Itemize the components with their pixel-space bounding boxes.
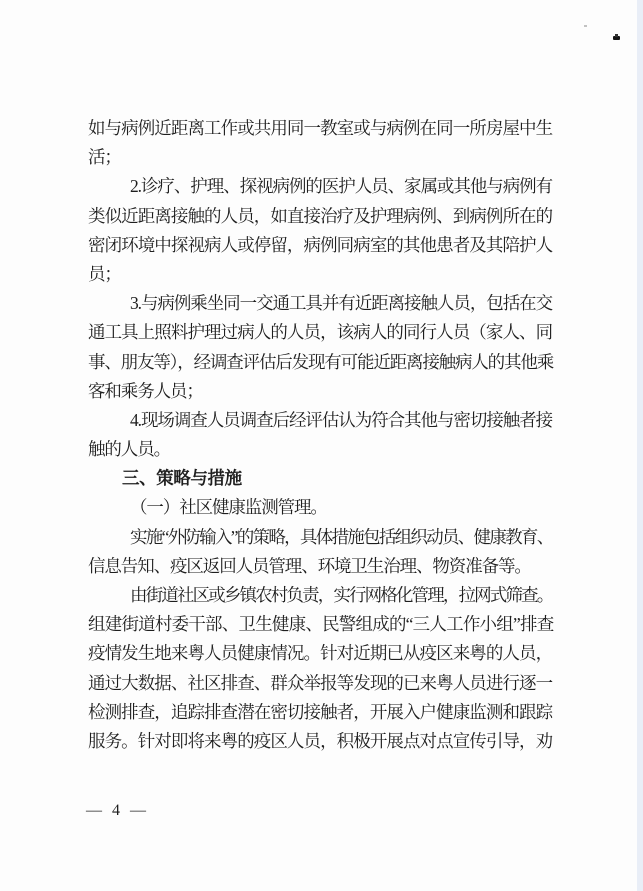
list-item-3: 3.与病例乘坐同一交通工具并有近距离接触人员，包括在交 bbox=[88, 289, 552, 318]
text-line: 事、朋友等），经调查评估后发现有可能近距离接触病人的其他乘 bbox=[88, 348, 552, 377]
text-line: 员； bbox=[88, 260, 552, 289]
text-line: 服务。针对即将来粤的疫区人员，积极开展点对点宣传引导，劝 bbox=[88, 727, 552, 756]
text-line: 由街道社区或乡镇农村负责，实行网格化管理，拉网式筛查。 bbox=[88, 581, 552, 610]
text-line: 如与病例近距离工作或共用同一教室或与病例在同一所房屋中生 bbox=[88, 114, 552, 143]
text-line: 实施“外防输入”的策略，具体措施包括组织动员、健康教育、 bbox=[88, 523, 552, 552]
scanned-document-page: 如与病例近距离工作或共用同一教室或与病例在同一所房屋中生 活； 2.诊疗、护理、… bbox=[0, 0, 643, 891]
text-line: 疫情发生地来粤人员健康情况。针对近期已从疫区来粤的人员， bbox=[88, 639, 552, 668]
text-line: 检测排查，追踪排查潜在密切接触者，开展入户健康监测和跟踪 bbox=[88, 698, 552, 727]
document-body: 如与病例近距离工作或共用同一教室或与病例在同一所房屋中生 活； 2.诊疗、护理、… bbox=[88, 114, 552, 756]
text-line: 类似近距离接触的人员，如直接治疗及护理病例、到病例所在的 bbox=[88, 202, 552, 231]
text-line: 信息告知、疫区返回人员管理、环境卫生治理、物资准备等。 bbox=[88, 552, 552, 581]
list-item-4: 4.现场调查人员调查后经评估认为符合其他与密切接触者接 bbox=[88, 406, 552, 435]
list-item-2: 2.诊疗、护理、探视病例的医护人员、家属或其他与病例有 bbox=[88, 172, 552, 201]
text-line: 密闭环境中探视病人或停留，病例同病室的其他患者及其陪护人 bbox=[88, 231, 552, 260]
section-heading: 三、策略与措施 bbox=[88, 464, 552, 493]
page-number: — 4 — bbox=[86, 802, 147, 820]
ink-blob-artifact bbox=[613, 36, 620, 40]
scanner-edge-strip bbox=[637, 0, 643, 891]
text-line: 通过大数据、社区排查、群众举报等发现的已来粤人员进行逐一 bbox=[88, 669, 552, 698]
text-line: 组建街道村委干部、卫生健康、民警组成的“三人工作小组”排查 bbox=[88, 610, 552, 639]
text-line: 通工具上照料护理过病人的人员，该病人的同行人员（家人、同 bbox=[88, 318, 552, 347]
text-line: 触的人员。 bbox=[88, 435, 552, 464]
text-line: 客和乘务人员； bbox=[88, 377, 552, 406]
text-line: 活； bbox=[88, 143, 552, 172]
ink-speck-artifact bbox=[584, 25, 587, 27]
subsection-heading: （一）社区健康监测管理。 bbox=[88, 493, 552, 522]
